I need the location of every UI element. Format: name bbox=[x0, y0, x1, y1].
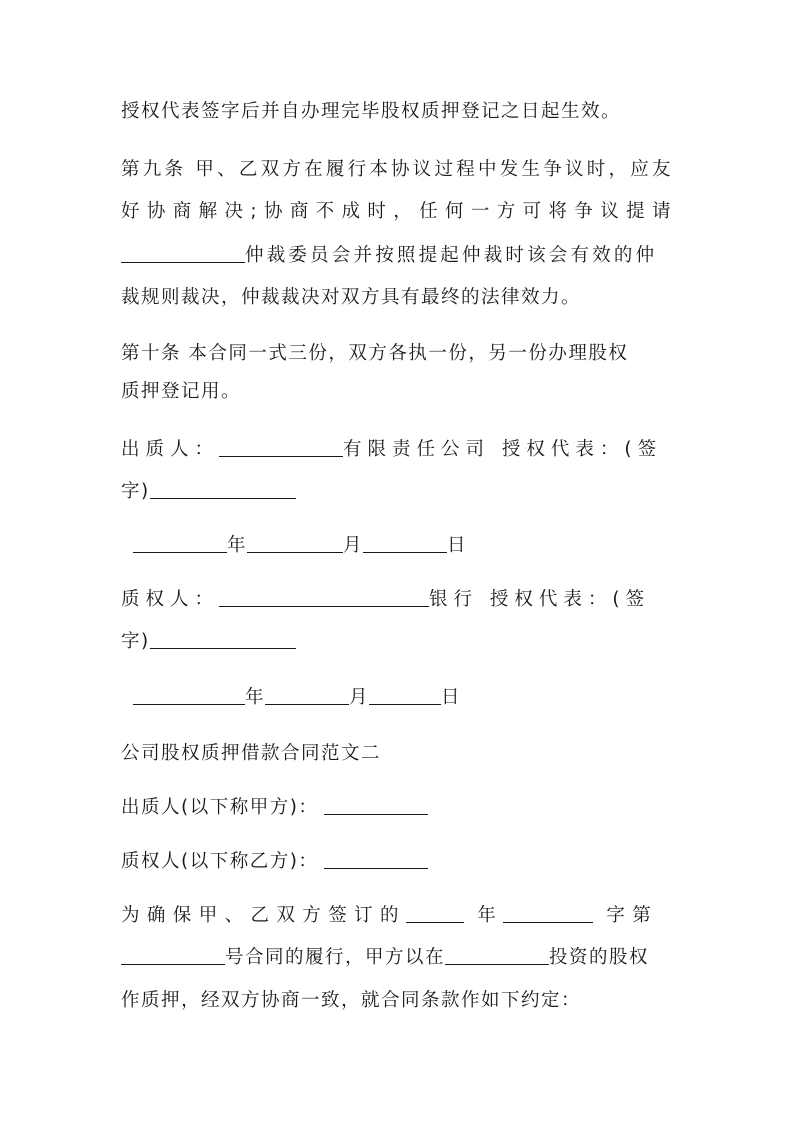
preamble-line-2: 号合同的履行，甲方以在投资的股权 bbox=[121, 946, 672, 970]
month-blank[interactable] bbox=[265, 686, 349, 705]
article-10-line-1: 第十条 本合同一式三份，双方各执一份，另一份办理股权 bbox=[121, 342, 672, 366]
day-blank[interactable] bbox=[363, 534, 447, 553]
text: 质权人(以下称乙方)： bbox=[121, 851, 318, 872]
text: 出质人(以下称甲方)： bbox=[121, 797, 318, 818]
document-page: 授权代表签字后并自办理完毕股权质押登记之日起生效。 第九条 甲、乙双方在履行本协… bbox=[0, 0, 793, 1122]
text: 质押登记用。 bbox=[121, 381, 241, 402]
article-9-line-3: 仲裁委员会并按照提起仲裁时该会有效的仲 bbox=[121, 244, 672, 268]
text: 仲裁委员会并按照提起仲裁时该会有效的仲 bbox=[245, 245, 657, 266]
pledgor-signature-blank[interactable] bbox=[150, 480, 296, 499]
party-b-blank[interactable] bbox=[324, 850, 428, 869]
section-title: 公司股权质押借款合同范文二 bbox=[121, 742, 672, 766]
text: 投资的股权 bbox=[549, 947, 649, 968]
text: 号合同的履行，甲方以在 bbox=[225, 947, 445, 968]
party-b-line: 质权人(以下称乙方)： bbox=[121, 850, 672, 874]
pledgor-label: 出质人： bbox=[121, 439, 219, 460]
text: 公司股权质押借款合同范文二 bbox=[121, 743, 381, 764]
pledgee-date-line: 年月日 bbox=[133, 686, 684, 710]
text: 年 bbox=[227, 535, 247, 556]
article-9-line-2: 好协商解决;协商不成时，任何一方可将争议提请 bbox=[121, 200, 672, 224]
text: 作质押，经双方协商一致，就合同条款作如下约定： bbox=[121, 990, 581, 1011]
text: 为确保甲、乙双方签订的 bbox=[121, 905, 406, 926]
investment-blank[interactable] bbox=[445, 946, 549, 965]
text: 年 bbox=[245, 687, 265, 708]
text: 第九条 甲、乙双方在履行本协议过程中发生争议时，应友 bbox=[121, 159, 672, 180]
text: 字) bbox=[121, 631, 150, 652]
month-blank[interactable] bbox=[247, 534, 343, 553]
preamble-line-1: 为确保甲、乙双方签订的 年 字第 bbox=[121, 904, 672, 928]
text: 日 bbox=[447, 535, 467, 556]
pledgee-sign-line: 字) bbox=[121, 630, 672, 654]
text: 有限责任公司 授权代表：(签 bbox=[343, 439, 662, 460]
year-blank[interactable] bbox=[133, 686, 245, 705]
paragraph-line: 授权代表签字后并自办理完毕股权质押登记之日起生效。 bbox=[121, 100, 672, 124]
text: 授权代表签字后并自办理完毕股权质押登记之日起生效。 bbox=[121, 101, 621, 122]
pledgor-company-blank[interactable] bbox=[219, 438, 343, 457]
text: 年 bbox=[477, 905, 503, 926]
article-9-line-1: 第九条 甲、乙双方在履行本协议过程中发生争议时，应友 bbox=[121, 158, 672, 182]
text: 日 bbox=[441, 687, 461, 708]
text: 银行 授权代表：(签 bbox=[429, 589, 650, 610]
contract-number-blank[interactable] bbox=[121, 946, 225, 965]
text: 字) bbox=[121, 481, 150, 502]
text: 裁规则裁决，仲裁裁决对双方具有最终的法律效力。 bbox=[121, 287, 581, 308]
party-a-blank[interactable] bbox=[324, 796, 428, 815]
text: 第十条 本合同一式三份，双方各执一份，另一份办理股权 bbox=[121, 343, 628, 364]
text: 月 bbox=[349, 687, 369, 708]
contract-year-blank[interactable] bbox=[406, 904, 464, 923]
day-blank[interactable] bbox=[369, 686, 441, 705]
pledgor-sign-line: 字) bbox=[121, 480, 672, 504]
party-a-line: 出质人(以下称甲方)： bbox=[121, 796, 672, 820]
pledgor-date-line: 年月日 bbox=[133, 534, 684, 558]
text: 好协商解决;协商不成时，任何一方可将争议提请 bbox=[121, 201, 672, 222]
arbitration-blank[interactable] bbox=[121, 244, 245, 263]
pledgee-label: 质权人： bbox=[121, 589, 219, 610]
contract-prefix-blank[interactable] bbox=[503, 904, 593, 923]
article-10-line-2: 质押登记用。 bbox=[121, 380, 672, 404]
pledgor-line: 出质人：有限责任公司 授权代表：(签 bbox=[121, 438, 672, 462]
pledgee-line: 质权人：银行 授权代表：(签 bbox=[121, 588, 672, 612]
pledgee-bank-blank[interactable] bbox=[219, 588, 429, 607]
pledgee-signature-blank[interactable] bbox=[150, 630, 296, 649]
article-9-line-4: 裁规则裁决，仲裁裁决对双方具有最终的法律效力。 bbox=[121, 286, 672, 310]
year-blank[interactable] bbox=[133, 534, 227, 553]
preamble-line-3: 作质押，经双方协商一致，就合同条款作如下约定： bbox=[121, 989, 672, 1013]
text: 月 bbox=[343, 535, 363, 556]
text: 字第 bbox=[606, 905, 658, 926]
